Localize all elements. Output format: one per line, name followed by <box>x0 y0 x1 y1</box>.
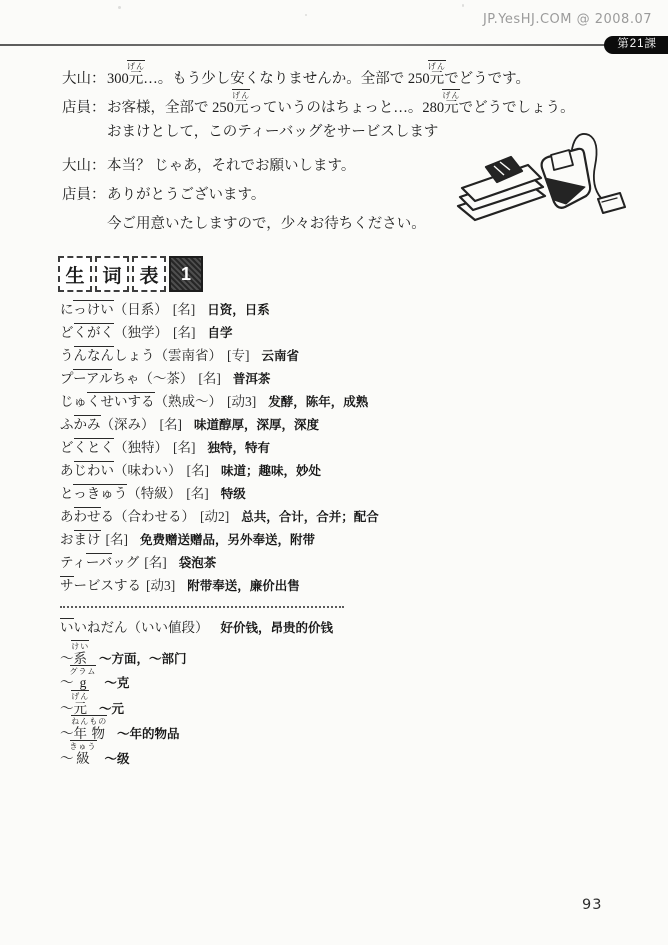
vocab-entry: どくとく（独特）[名]独特，特有 <box>60 436 630 459</box>
vocab-title-char-box: 生 <box>58 256 92 292</box>
vocab-entry: ～系けい～方面，～部门 <box>60 640 630 665</box>
dialogue-line: 店員：お客様，全部で 250元げんっていうのはちょっと…。280元げんでどうでし… <box>62 89 627 118</box>
vocab-entry: ～年物ねんもの～年的物品 <box>60 715 630 740</box>
scan-speck <box>305 14 307 16</box>
vocab-title-char-box: 词 <box>95 256 129 292</box>
vocab-entry: うんなんしょう（雲南省）[专]云南省 <box>60 344 630 367</box>
teabag-illustration <box>448 126 626 236</box>
speaker-label: 大山： <box>62 65 107 94</box>
vocab-entry: とっきゅう（特級）[名]特级 <box>60 482 630 505</box>
speaker-label: 店員： <box>62 181 107 210</box>
vocab-suffix-list: いいねだん（いい値段）好价钱，昂贵的价钱～系けい～方面，～部门～gグラム～克～元… <box>60 615 630 765</box>
textbook-page: JP.YesHJ.COM @ 2008.07 第21課 大山：300元げん…。も… <box>0 0 668 945</box>
vocab-entry: プーアルちゃ（～茶）[名]普洱茶 <box>60 367 630 390</box>
vocab-section: にっけい（日系）[名]日资，日系どくがく（独学）[名]自学うんなんしょう（雲南省… <box>60 298 630 765</box>
vocab-entry: にっけい（日系）[名]日资，日系 <box>60 298 630 321</box>
vocab-list: にっけい（日系）[名]日资，日系どくがく（独学）[名]自学うんなんしょう（雲南省… <box>60 298 630 597</box>
speaker-label: 店員： <box>62 94 107 123</box>
tea-packets-icon <box>458 157 545 220</box>
vocab-entry: あじわい（味わい）[名]味道；趣味，妙处 <box>60 459 630 482</box>
furigana-term: 年物ねんもの <box>74 726 106 741</box>
lesson-badge: 第21課 <box>604 36 668 54</box>
vocab-entry: ～元げん～元 <box>60 690 630 715</box>
dialogue-line: 大山：300元げん…。もう少し安くなりませんか。全部で 250元げんでどうです。 <box>62 60 627 89</box>
vocab-entry: じゅくせいする（熟成～）[动3]发酵，陈年，成熟 <box>60 390 630 413</box>
header-divider <box>0 44 668 46</box>
watermark-text: JP.YesHJ.COM @ 2008.07 <box>483 12 652 27</box>
vocab-entry: おまけ[名]免费赠送赠品，另外奉送，附带 <box>60 528 630 551</box>
furigana-term: 元げん <box>74 701 88 716</box>
speaker-label: 大山： <box>62 152 107 181</box>
vocab-table-title: 生词表1 <box>58 256 203 292</box>
vocab-entry: どくがく（独学）[名]自学 <box>60 321 630 344</box>
vocab-title-char-box: 表 <box>132 256 166 292</box>
vocab-entry: サービスする[动3]附带奉送，廉价出售 <box>60 574 630 597</box>
vocab-entry: いいねだん（いい値段）好价钱，昂贵的价钱 <box>60 615 630 640</box>
furigana-term: 元げん <box>444 100 459 116</box>
furigana-term: 系けい <box>74 651 88 666</box>
furigana-term: gグラム <box>74 675 93 690</box>
vocab-entry: ティーバッグ[名]袋泡茶 <box>60 551 630 574</box>
vocab-entry: あわせる（合わせる）[动2]总共，合计，合并；配合 <box>60 505 630 528</box>
scan-speck <box>462 4 464 7</box>
vocab-title-number-box: 1 <box>169 256 203 292</box>
vocab-entry: ふかみ（深み）[名]味道醇厚，深厚，深度 <box>60 413 630 436</box>
scan-speck <box>118 6 121 9</box>
section-separator <box>60 606 344 608</box>
furigana-term: 元げん <box>129 71 144 87</box>
page-number: 93 <box>582 897 602 913</box>
teabag-icon <box>542 134 625 213</box>
furigana-term: 級きゅう <box>74 751 93 766</box>
furigana-term: 元げん <box>234 100 249 116</box>
furigana-term: 元げん <box>430 71 445 87</box>
